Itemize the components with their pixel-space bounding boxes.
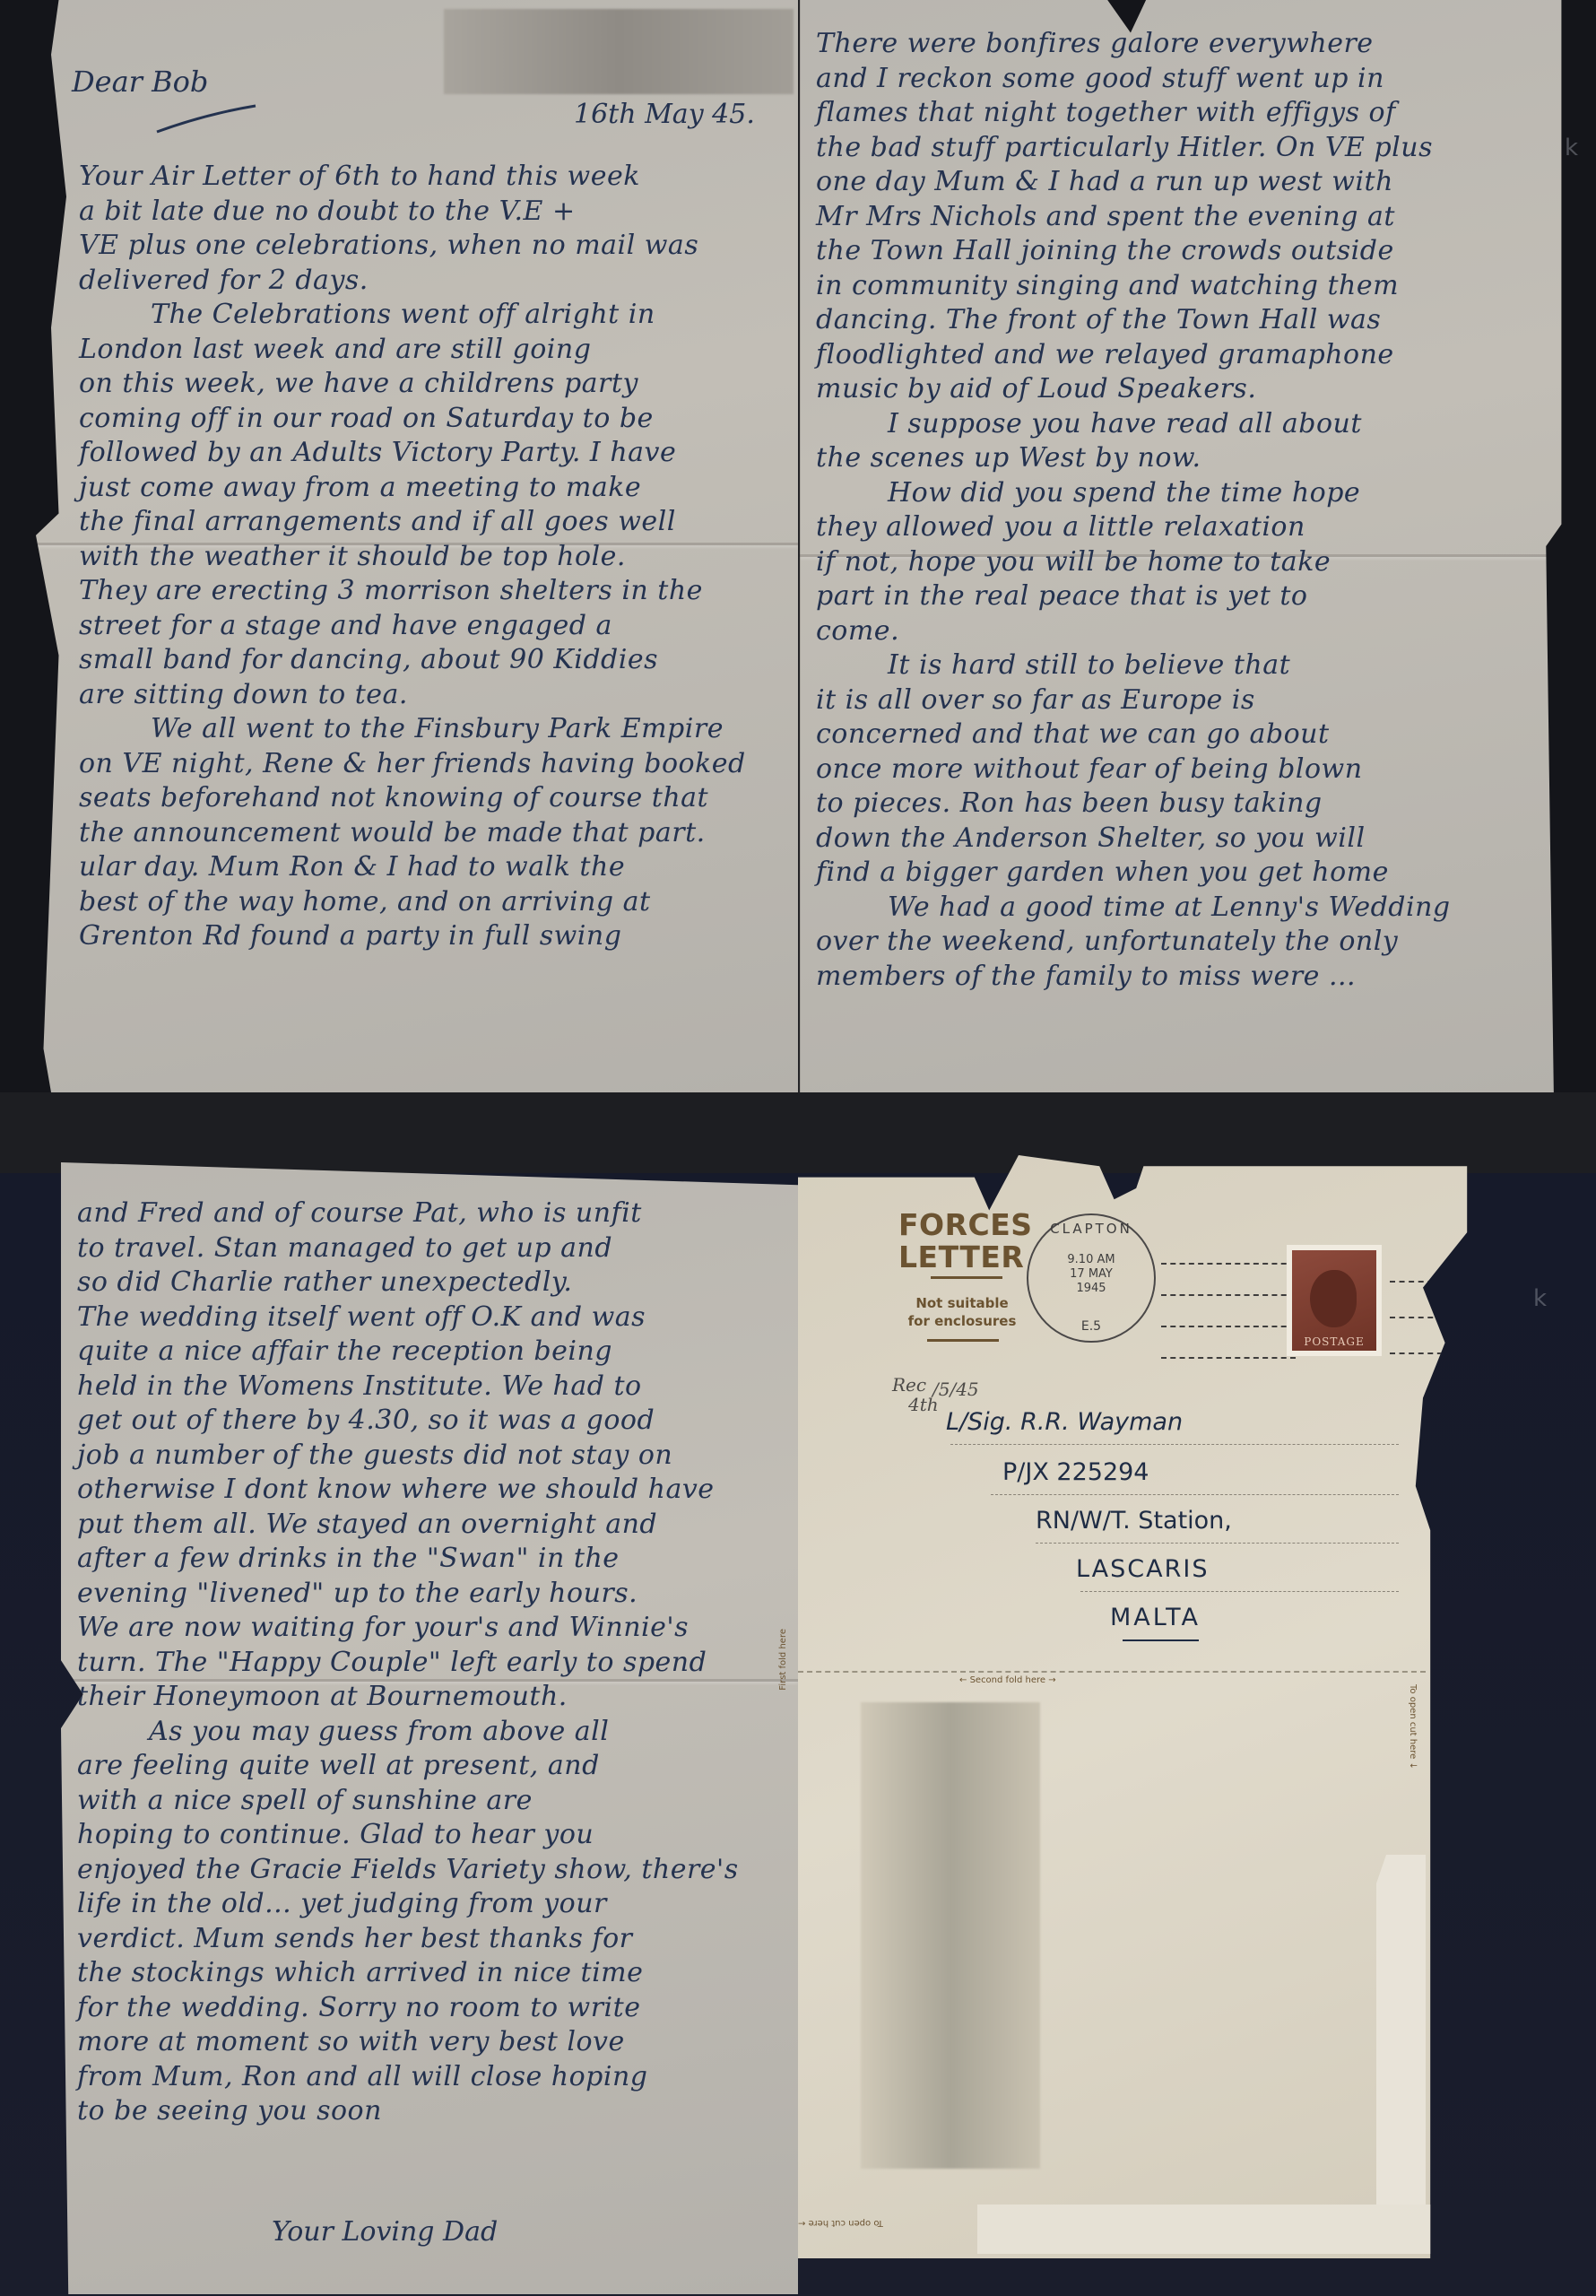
- handwritten-line: to travel. Stan managed to get up and: [77, 1231, 739, 1266]
- handwritten-line: followed by an Adults Victory Party. I h…: [79, 436, 746, 471]
- handwritten-line: otherwise I dont know where we should ha…: [77, 1473, 739, 1508]
- title-rule: [931, 1276, 1002, 1279]
- handwritten-line: best of the way home, and on arriving at: [79, 885, 746, 920]
- handwritten-line: if not, hope you will be home to take: [816, 545, 1451, 580]
- handwritten-line: the final arrangements and if all goes w…: [79, 505, 746, 540]
- handwritten-line: one day Mum & I had a run up west with: [816, 165, 1451, 200]
- handwritten-line: the Town Hall joining the crowds outside: [816, 234, 1451, 269]
- handwritten-line: It is hard still to believe that: [816, 648, 1451, 683]
- postage-stamp: POSTAGE: [1287, 1245, 1382, 1356]
- handwritten-line: the scenes up West by now.: [816, 441, 1451, 476]
- handwritten-line: put them all. We stayed an overnight and: [77, 1508, 739, 1543]
- handwritten-line: and Fred and of course Pat, who is unfit: [77, 1196, 739, 1231]
- handwritten-line: on VE night, Rene & her friends having b…: [79, 747, 746, 782]
- handwritten-line: job a number of the guests did not stay …: [77, 1439, 739, 1474]
- handwritten-line: after a few drinks in the "Swan" in the: [77, 1542, 739, 1577]
- cancellation-line: [1161, 1294, 1296, 1298]
- pencil-receipt-note: Rec 4th: [892, 1375, 939, 1414]
- handwritten-line: to pieces. Ron has been busy taking: [816, 787, 1451, 822]
- letter-page-1: Dear Bob 16th May 45. Your Air Letter of…: [36, 0, 798, 1092]
- handwritten-line: life in the old... yet judging from your: [77, 1887, 739, 1922]
- first-fold-mark: First fold here: [778, 1629, 788, 1691]
- envelope-front: FORCES LETTER Not suitable for enclosure…: [798, 1155, 1533, 2258]
- handwritten-line: The wedding itself went off O.K and was: [77, 1300, 739, 1335]
- handwritten-line: find a bigger garden when you get home: [816, 856, 1451, 891]
- address-underline: [1123, 1639, 1199, 1641]
- open-cut-mark-right: To open cut here ↓: [1408, 1684, 1418, 1770]
- address-line-5: MALTA: [1110, 1604, 1201, 1631]
- handwritten-line: I suppose you have read all about: [816, 407, 1451, 442]
- handwritten-line: over the weekend, unfortunately the only: [816, 925, 1451, 960]
- handwritten-line: London last week and are still going: [79, 333, 746, 368]
- address-line-3: RN/W/T. Station,: [1036, 1507, 1232, 1535]
- handwritten-line: floodlighted and we relayed gramaphone: [816, 338, 1451, 373]
- handwritten-line: Grenton Rd found a party in full swing: [79, 919, 746, 954]
- handwritten-line: Your Air Letter of 6th to hand this week: [79, 160, 746, 195]
- open-cut-mark-bottom: To open cut here ←: [798, 2218, 883, 2228]
- handwritten-line: flames that night together with effigys …: [816, 96, 1451, 131]
- handwritten-line: in community singing and watching them: [816, 269, 1451, 304]
- handwritten-line: are sitting down to tea.: [79, 678, 746, 713]
- handwritten-line: and I reckon some good stuff went up in: [816, 62, 1451, 97]
- second-fold-perforation: [798, 1671, 1426, 1673]
- cancellation-line: [1161, 1263, 1296, 1266]
- notice-rule: [927, 1339, 999, 1342]
- handwritten-line: just come away from a meeting to make: [79, 471, 746, 506]
- second-fold-mark: ← Second fold here →: [959, 1675, 1056, 1685]
- redacted-region: [861, 1702, 1040, 2169]
- handwritten-line: they allowed you a little relaxation: [816, 510, 1451, 545]
- photo-letter-outside: and Fred and of course Pat, who is unfit…: [0, 1092, 1596, 2296]
- handwritten-line: coming off in our road on Saturday to be: [79, 402, 746, 437]
- handwritten-line: once more without fear of being blown: [816, 752, 1451, 787]
- underline-flourish: [152, 100, 260, 136]
- page-3-body: and Fred and of course Pat, who is unfit…: [77, 1196, 739, 2129]
- handwritten-line: music by aid of Loud Speakers.: [816, 372, 1451, 407]
- handwritten-line: quite a nice affair the reception being: [77, 1335, 739, 1370]
- handwritten-line: We all went to the Finsbury Park Empire: [79, 712, 746, 747]
- handwritten-line: on this week, we have a childrens party: [79, 367, 746, 402]
- page-2-body: There were bonfires galore everywhereand…: [816, 27, 1451, 994]
- handwritten-line: members of the family to miss were ...: [816, 960, 1451, 995]
- handwritten-line: come.: [816, 614, 1451, 649]
- handwritten-line: it is all over so far as Europe is: [816, 683, 1451, 718]
- address-line-2: P/JX 225294: [1002, 1458, 1149, 1486]
- handwritten-line: The Celebrations went off alright in: [79, 298, 746, 333]
- handwritten-line: part in the real peace that is yet to: [816, 579, 1451, 614]
- letter-page-2: There were bonfires galore everywhereand…: [800, 0, 1569, 1092]
- handwritten-line: We are now waiting for your's and Winnie…: [77, 1611, 739, 1646]
- enclosure-notice: Not suitable for enclosures: [895, 1294, 1029, 1330]
- handwritten-line: hoping to continue. Glad to hear you: [77, 1818, 739, 1853]
- cancellation-line: [1390, 1281, 1462, 1284]
- forces-letter-title: FORCES LETTER: [898, 1209, 1033, 1274]
- address-line-1: L/Sig. R.R. Wayman: [946, 1408, 1183, 1436]
- letter-page-3: and Fred and of course Pat, who is unfit…: [61, 1162, 798, 2294]
- handwritten-line: to be seeing you soon: [77, 2094, 739, 2129]
- address-line-4: LASCARIS: [1076, 1555, 1209, 1583]
- handwritten-line: We had a good time at Lenny's Wedding: [816, 891, 1451, 926]
- handwritten-line: with a nice spell of sunshine are: [77, 1784, 739, 1819]
- signature: Your Loving Dad: [272, 2216, 498, 2248]
- photo-letter-inside: Dear Bob 16th May 45. Your Air Letter of…: [0, 0, 1596, 1092]
- handwritten-line: get out of there by 4.30, so it was a go…: [77, 1404, 739, 1439]
- king-portrait-icon: [1310, 1270, 1357, 1327]
- handwritten-line: evening "livened" up to the early hours.: [77, 1577, 739, 1612]
- handwritten-line: with the weather it should be top hole.: [79, 540, 746, 575]
- handwritten-line: small band for dancing, about 90 Kiddies: [79, 643, 746, 678]
- cancellation-line: [1390, 1317, 1462, 1320]
- handwritten-line: so did Charlie rather unexpectedly.: [77, 1265, 739, 1300]
- handwritten-line: the bad stuff particularly Hitler. On VE…: [816, 131, 1451, 166]
- handwritten-line: street for a stage and have engaged a: [79, 609, 746, 644]
- page-1-body: Your Air Letter of 6th to hand this week…: [79, 160, 746, 954]
- handwritten-line: ular day. Mum Ron & I had to walk the: [79, 850, 746, 885]
- side-flap: [1376, 1855, 1426, 2213]
- handwritten-line: the announcement would be made that part…: [79, 816, 746, 851]
- postmark: CLAPTON 9.10 AM 17 MAY 1945 E.5: [1027, 1213, 1156, 1343]
- watermark-fragment: k: [1533, 1285, 1547, 1312]
- bottom-flap: [977, 2205, 1448, 2254]
- cancellation-line: [1161, 1326, 1296, 1329]
- handwritten-line: down the Anderson Shelter, so you will: [816, 822, 1451, 857]
- handwritten-line: delivered for 2 days.: [79, 264, 746, 299]
- letter-date: 16th May 45.: [574, 99, 755, 130]
- handwritten-line: concerned and that we can go about: [816, 717, 1451, 752]
- center-fold: [798, 0, 801, 1092]
- handwritten-line: VE plus one celebrations, when no mail w…: [79, 229, 746, 264]
- cancellation-line: [1390, 1352, 1462, 1356]
- watermark-fragment: k: [1565, 135, 1578, 161]
- handwritten-line: enjoyed the Gracie Fields Variety show, …: [77, 1853, 739, 1888]
- handwritten-line: verdict. Mum sends her best thanks for: [77, 1922, 739, 1957]
- handwritten-line: the stockings which arrived in nice time: [77, 1956, 739, 1991]
- handwritten-line: How did you spend the time hope: [816, 476, 1451, 511]
- pencil-receipt-date: /5/45: [932, 1379, 979, 1399]
- handwritten-line: Mr Mrs Nichols and spent the evening at: [816, 200, 1451, 235]
- cancellation-line: [1161, 1357, 1296, 1361]
- handwritten-line: more at moment so with very best love: [77, 2025, 739, 2060]
- handwritten-line: As you may guess from above all: [77, 1715, 739, 1750]
- handwritten-line: a bit late due no doubt to the V.E +: [79, 195, 746, 230]
- handwritten-line: dancing. The front of the Town Hall was: [816, 303, 1451, 338]
- handwritten-line: are feeling quite well at present, and: [77, 1749, 739, 1784]
- handwritten-line: held in the Womens Institute. We had to: [77, 1370, 739, 1405]
- salutation: Dear Bob: [72, 65, 208, 99]
- handwritten-line: They are erecting 3 morrison shelters in…: [79, 574, 746, 609]
- handwritten-line: seats beforehand not knowing of course t…: [79, 781, 746, 816]
- handwritten-line: There were bonfires galore everywhere: [816, 27, 1451, 62]
- handwritten-line: for the wedding. Sorry no room to write: [77, 1991, 739, 2026]
- handwritten-line: from Mum, Ron and all will close hoping: [77, 2060, 739, 2095]
- handwritten-line: turn. The "Happy Couple" left early to s…: [77, 1646, 739, 1681]
- handwritten-line: their Honeymoon at Bournemouth.: [77, 1680, 739, 1715]
- redacted-region: [444, 9, 794, 94]
